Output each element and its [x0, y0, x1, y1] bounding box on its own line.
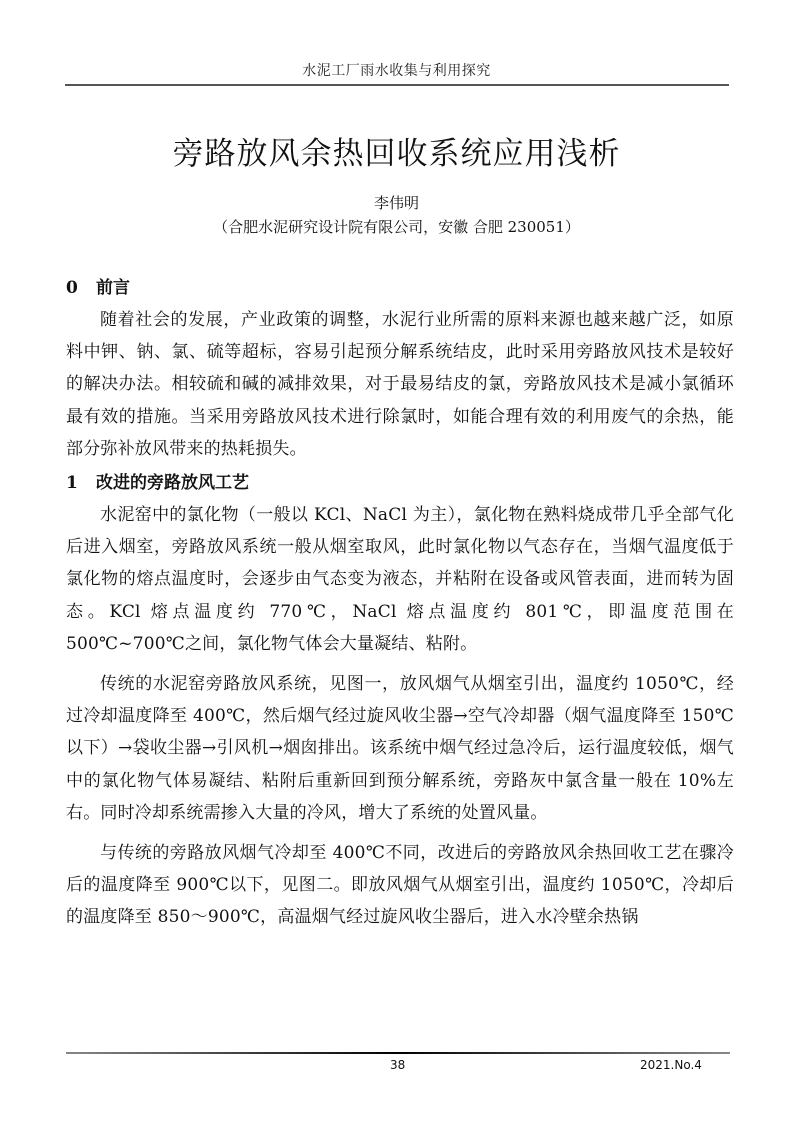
header-divider — [65, 84, 729, 86]
page-number: 38 — [390, 1058, 405, 1072]
article-author: 李伟明 — [0, 192, 793, 213]
article-title: 旁路放风余热回收系统应用浅析 — [0, 128, 793, 173]
paragraph: 水泥窑中的氯化物（一般以 KCl、NaCl 为主），氯化物在熟料烧成带几乎全部气… — [66, 499, 734, 660]
section-title: 前言 — [96, 278, 130, 298]
section-title: 改进的旁路放风工艺 — [96, 473, 249, 493]
article-body: 0前言 随着社会的发展，产业政策的调整，水泥行业所需的原料来源也越来越广泛，如原… — [66, 272, 734, 934]
section-number: 0 — [66, 272, 96, 304]
issue-label: 2021.No.4 — [640, 1058, 702, 1072]
section-heading-0: 0前言 — [66, 272, 734, 304]
paragraph: 随着社会的发展，产业政策的调整，水泥行业所需的原料来源也越来越广泛，如原料中钾、… — [66, 304, 734, 465]
paragraph: 与传统的旁路放风烟气冷却至 400℃不同，改进后的旁路放风余热回收工艺在骤冷后的… — [66, 837, 734, 934]
footer-divider — [66, 1052, 730, 1054]
section-number: 1 — [66, 467, 96, 499]
running-header-title: 水泥工厂雨水收集与利用探究 — [0, 60, 793, 80]
article-affiliation: （合肥水泥研究设计院有限公司，安徽 合肥 230051） — [0, 216, 793, 237]
section-heading-1: 1改进的旁路放风工艺 — [66, 467, 734, 499]
paragraph: 传统的水泥窑旁路放风系统，见图一，放风烟气从烟室引出，温度约 1050℃，经过冷… — [66, 668, 734, 829]
running-header: 水泥工厂雨水收集与利用探究 — [0, 60, 793, 86]
